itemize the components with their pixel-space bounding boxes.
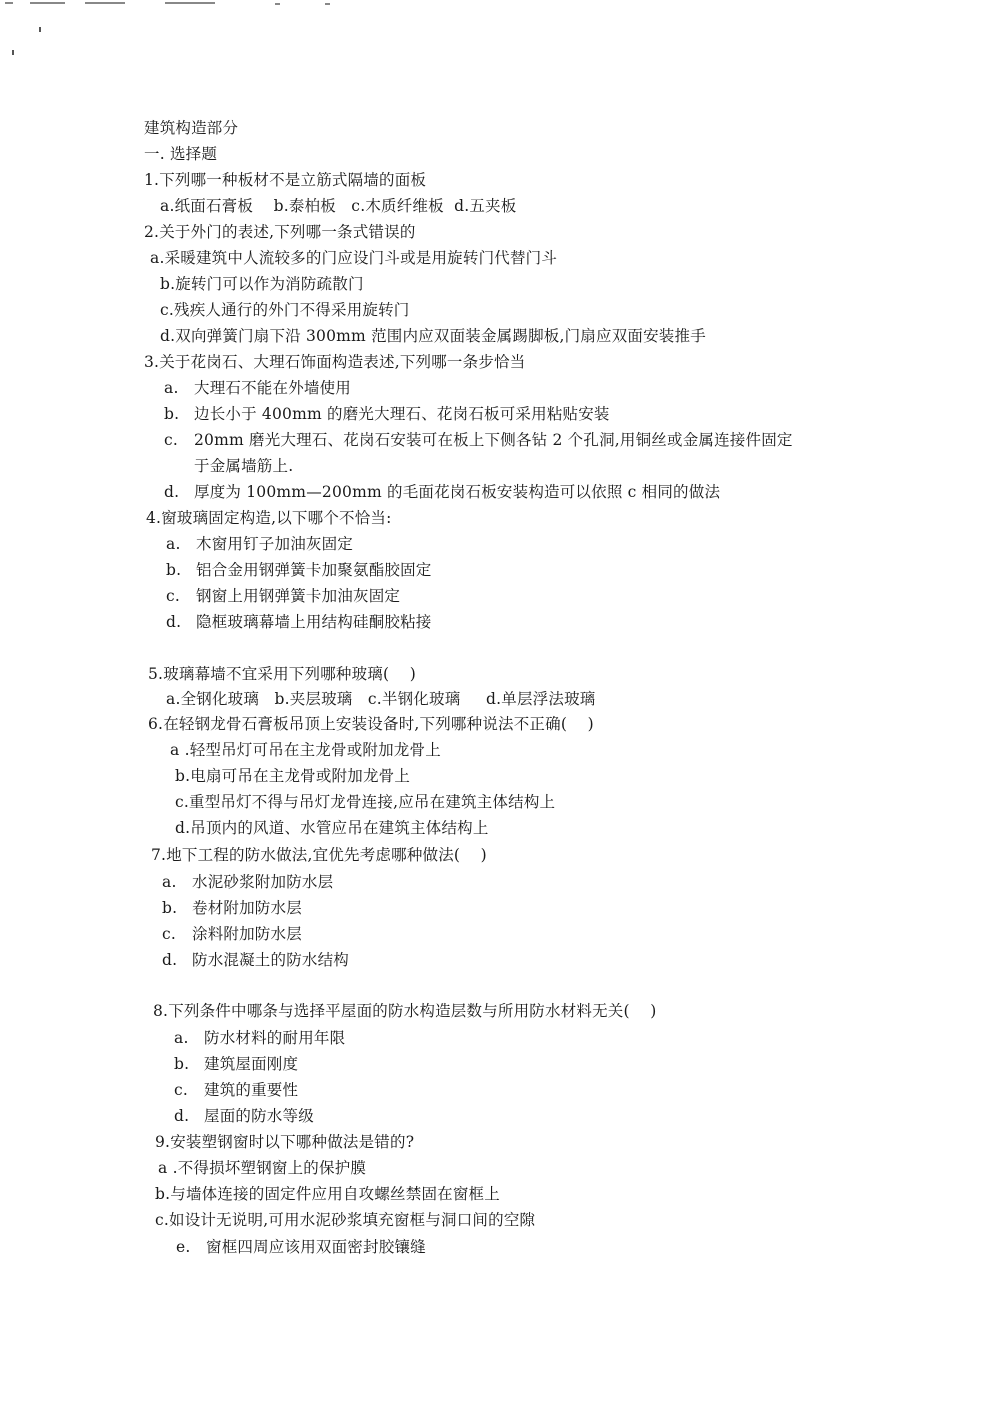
question-7-stem: 7.地下工程的防水做法,宜优先考虑哪种做法( ) xyxy=(151,845,487,865)
section-heading: 一. 选择题 xyxy=(144,144,217,164)
scan-artifact xyxy=(5,2,13,4)
scan-artifact xyxy=(275,3,280,5)
option-text: 建筑屋面刚度 xyxy=(204,1055,298,1073)
option-label: a. xyxy=(162,872,192,892)
option-label: d. xyxy=(162,950,192,970)
question-8-option-d: d.屋面的防水等级 xyxy=(174,1106,314,1126)
question-4-option-a: a.木窗用钉子加油灰固定 xyxy=(166,534,353,554)
option-label: d. xyxy=(174,1106,204,1126)
option-label: b. xyxy=(164,404,194,424)
question-6-option-a: a .轻型吊灯可吊在主龙骨或附加龙骨上 xyxy=(170,740,441,760)
question-9-option-b: b.与墙体连接的固定件应用自攻螺丝禁固在窗框上 xyxy=(155,1184,500,1204)
option-text: 水泥砂浆附加防水层 xyxy=(192,873,333,891)
scan-speck xyxy=(12,50,14,55)
question-3-option-c-cont: 于金属墙筋上. xyxy=(164,456,293,476)
option-text: 于金属墙筋上. xyxy=(194,457,293,475)
question-4-option-d: d.隐框玻璃幕墙上用结构硅酮胶粘接 xyxy=(166,612,432,632)
question-3-stem: 3.关于花岗石、大理石饰面构造表述,下列哪一条步恰当 xyxy=(144,352,525,372)
option-label: c. xyxy=(164,430,194,450)
option-text: 钢窗上用钢弹簧卡加油灰固定 xyxy=(196,587,400,605)
option-text: 隐框玻璃幕墙上用结构硅酮胶粘接 xyxy=(196,613,432,631)
scan-speck xyxy=(39,27,41,32)
option-label: b. xyxy=(162,898,192,918)
option-text: 屋面的防水等级 xyxy=(204,1107,314,1125)
option-text: 木窗用钉子加油灰固定 xyxy=(196,535,353,553)
option-text: 卷材附加防水层 xyxy=(192,899,302,917)
option-text: 大理石不能在外墙使用 xyxy=(194,379,351,397)
question-6-option-d: d.吊顶内的风道、水管应吊在建筑主体结构上 xyxy=(175,818,489,838)
question-2-option-c: c.残疾人通行的外门不得采用旋转门 xyxy=(160,300,410,320)
question-4-stem: 4.窗玻璃固定构造,以下哪个不恰当: xyxy=(146,508,392,528)
question-2-option-a: a.采暖建筑中人流较多的门应设门斗或是用旋转门代替门斗 xyxy=(150,248,557,268)
question-4-option-c: c.钢窗上用钢弹簧卡加油灰固定 xyxy=(166,586,400,606)
option-text: 厚度为 100mm—200mm 的毛面花岗石板安装构造可以依照 c 相同的做法 xyxy=(194,483,720,501)
question-3-option-d: d.厚度为 100mm—200mm 的毛面花岗石板安装构造可以依照 c 相同的做… xyxy=(164,482,720,502)
option-label: c. xyxy=(174,1080,204,1100)
question-2-option-b: b.旋转门可以作为消防疏散门 xyxy=(160,274,364,294)
option-label: d. xyxy=(164,482,194,502)
question-1-stem: 1.下列哪一种板材不是立筋式隔墙的面板 xyxy=(144,170,426,190)
scan-artifact xyxy=(30,2,65,4)
question-3-option-a: a.大理石不能在外墙使用 xyxy=(164,378,351,398)
option-text: 防水混凝土的防水结构 xyxy=(192,951,349,969)
question-9-stem: 9.安装塑钢窗时以下哪种做法是错的? xyxy=(155,1132,414,1152)
option-label: e. xyxy=(176,1237,206,1257)
question-6-stem: 6.在轻钢龙骨石膏板吊顶上安装设备时,下列哪种说法不正确( ) xyxy=(148,714,594,734)
question-4-option-b: b.铝合金用钢弹簧卡加聚氨酯胶固定 xyxy=(166,560,432,580)
option-label: c. xyxy=(166,586,196,606)
question-5-options: a.全钢化玻璃 b.夹层玻璃 c.半钢化玻璃 d.单层浮法玻璃 xyxy=(166,689,595,709)
option-label: d. xyxy=(166,612,196,632)
option-label: b. xyxy=(174,1054,204,1074)
document-title: 建筑构造部分 xyxy=(144,118,238,138)
option-text: 20mm 磨光大理石、花岗石安装可在板上下侧各钻 2 个孔洞,用铜丝或金属连接件… xyxy=(194,431,793,449)
option-label: c. xyxy=(162,924,192,944)
question-9-option-e: e.窗框四周应该用双面密封胶镶缝 xyxy=(176,1237,426,1257)
option-text: 窗框四周应该用双面密封胶镶缝 xyxy=(206,1238,426,1256)
option-label: a. xyxy=(174,1028,204,1048)
question-8-option-c: c.建筑的重要性 xyxy=(174,1080,298,1100)
option-text: 边长小于 400mm 的磨光大理石、花岗石板可采用粘贴安装 xyxy=(194,405,610,423)
question-8-option-a: a.防水材料的耐用年限 xyxy=(174,1028,345,1048)
option-label: a. xyxy=(166,534,196,554)
scan-artifact xyxy=(165,2,215,4)
question-9-option-c: c.如设计无说明,可用水泥砂浆填充窗框与洞口间的空隙 xyxy=(155,1210,535,1230)
question-7-option-a: a.水泥砂浆附加防水层 xyxy=(162,872,333,892)
option-text: 防水材料的耐用年限 xyxy=(204,1029,345,1047)
question-2-option-d: d.双向弹簧门扇下沿 300mm 范围内应双面装金属踢脚板,门扇应双面安装推手 xyxy=(160,326,706,346)
question-7-option-b: b.卷材附加防水层 xyxy=(162,898,302,918)
question-8-option-b: b.建筑屋面刚度 xyxy=(174,1054,298,1074)
question-2-stem: 2.关于外门的表述,下列哪一条式错误的 xyxy=(144,222,416,242)
question-3-option-c: c.20mm 磨光大理石、花岗石安装可在板上下侧各钻 2 个孔洞,用铜丝或金属连… xyxy=(164,430,793,450)
question-7-option-d: d.防水混凝土的防水结构 xyxy=(162,950,349,970)
option-text: 铝合金用钢弹簧卡加聚氨酯胶固定 xyxy=(196,561,432,579)
option-text: 建筑的重要性 xyxy=(204,1081,298,1099)
question-1-options: a.纸面石膏板 b.泰柏板 c.木质纤维板 d.五夹板 xyxy=(160,196,516,216)
question-3-option-b: b.边长小于 400mm 的磨光大理石、花岗石板可采用粘贴安装 xyxy=(164,404,610,424)
question-6-option-c: c.重型吊灯不得与吊灯龙骨连接,应吊在建筑主体结构上 xyxy=(175,792,555,812)
question-6-option-b: b.电扇可吊在主龙骨或附加龙骨上 xyxy=(175,766,410,786)
option-label: a. xyxy=(164,378,194,398)
option-text: 涂料附加防水层 xyxy=(192,925,302,943)
scan-artifact xyxy=(85,2,125,4)
option-label: b. xyxy=(166,560,196,580)
question-7-option-c: c.涂料附加防水层 xyxy=(162,924,302,944)
question-5-stem: 5.玻璃幕墙不宜采用下列哪种玻璃( ) xyxy=(148,664,416,684)
question-8-stem: 8.下列条件中哪条与选择平屋面的防水构造层数与所用防水材料无关( ) xyxy=(153,1001,657,1021)
question-9-option-a: a .不得损坏塑钢窗上的保护膜 xyxy=(158,1158,366,1178)
scan-artifact xyxy=(325,3,330,5)
